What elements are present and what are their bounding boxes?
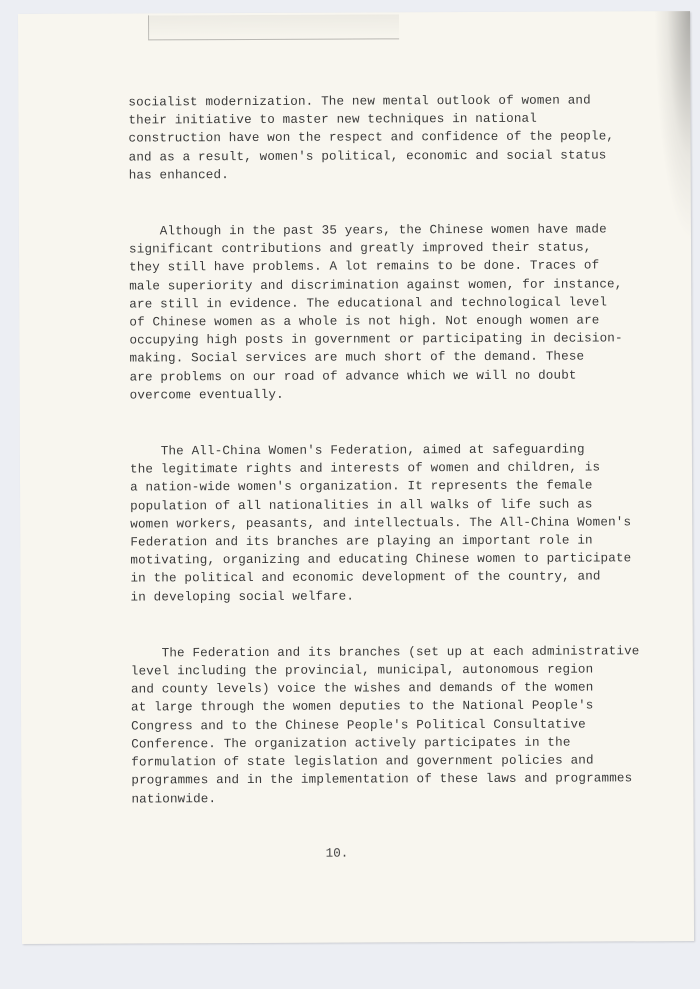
- text-line: formulation of state legislation and gov…: [131, 751, 651, 771]
- folded-corner-mark: [148, 14, 399, 40]
- text-line: a nation-wide women's organization. It r…: [130, 477, 650, 497]
- text-line: the legitimate rights and interests of w…: [130, 458, 650, 478]
- paragraph: The Federation and its branches (set up …: [131, 642, 652, 808]
- text-line: are still in evidence. The educational a…: [129, 293, 649, 313]
- text-line: are problems on our road of advance whic…: [130, 366, 650, 386]
- text-line: socialist modernization. The new mental …: [128, 91, 648, 111]
- text-line: making. Social services are much short o…: [129, 348, 649, 368]
- text-line: level including the provincial, municipa…: [131, 660, 651, 680]
- text-line: nationwide.: [131, 788, 651, 808]
- text-line: in the political and economic developmen…: [130, 568, 650, 588]
- text-line: has enhanced.: [129, 164, 649, 184]
- text-line: Federation and its branches are playing …: [130, 531, 650, 551]
- text-line: Although in the past 35 years, the Chine…: [129, 220, 649, 240]
- text-line: they still have problems. A lot remains …: [129, 257, 649, 277]
- text-line: overcome eventually.: [130, 384, 650, 404]
- text-line: of Chinese women as a whole is not high.…: [129, 311, 649, 331]
- text-line: women workers, peasants, and intellectua…: [130, 513, 650, 533]
- page-body: socialist modernization. The new mental …: [128, 91, 651, 846]
- text-line: occupying high posts in government or pa…: [129, 329, 649, 349]
- text-line: The Federation and its branches (set up …: [131, 642, 651, 662]
- text-line: and county levels) voice the wishes and …: [131, 679, 651, 699]
- text-line: Congress and to the Chinese People's Pol…: [131, 715, 651, 735]
- paragraph: socialist modernization. The new mental …: [128, 91, 648, 184]
- paragraph: Although in the past 35 years, the Chine…: [129, 220, 650, 404]
- text-line: at large through the women deputies to t…: [131, 697, 651, 717]
- text-line: and as a result, women's political, econ…: [129, 146, 649, 166]
- text-line: their initiative to master new technique…: [128, 109, 648, 129]
- page-number: 10.: [326, 847, 349, 861]
- text-line: construction have won the respect and co…: [129, 128, 649, 148]
- text-line: male superiority and discrimination agai…: [129, 275, 649, 295]
- text-line: population of all nationalities in all w…: [130, 495, 650, 515]
- text-line: programmes and in the implementation of …: [131, 770, 651, 790]
- typewritten-page: socialist modernization. The new mental …: [18, 11, 694, 944]
- scan-smudge: [654, 11, 691, 241]
- text-line: The All-China Women's Federation, aimed …: [130, 440, 650, 460]
- text-line: significant contributions and greatly im…: [129, 238, 649, 258]
- paragraph: The All-China Women's Federation, aimed …: [130, 440, 651, 606]
- text-line: Conference. The organization actively pa…: [131, 733, 651, 753]
- text-line: in developing social welfare.: [131, 586, 651, 606]
- text-line: motivating, organizing and educating Chi…: [130, 550, 650, 570]
